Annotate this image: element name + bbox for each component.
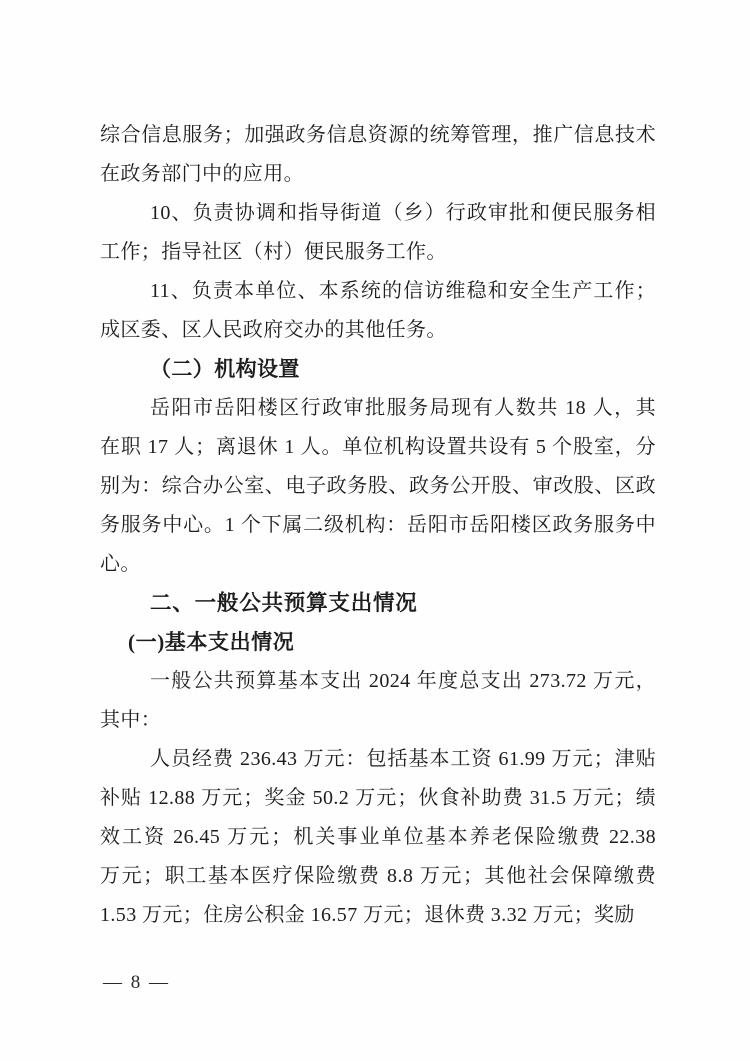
- text-line: 人员经费 236.43 万元：包括基本工资 61.99 万元；津贴: [100, 740, 656, 779]
- text-line: 岳阳市岳阳楼区行政审批服务局现有人数共 18 人，其中：: [100, 389, 656, 428]
- text-line: 其中：: [100, 701, 656, 740]
- text-line: 在政务部门中的应用。: [100, 155, 656, 194]
- text-line: 11、负责本单位、本系统的信访维稳和安全生产工作；完: [100, 272, 656, 311]
- heading-line: (一)基本支出情况: [100, 623, 656, 662]
- text-line: 1.53 万元；住房公积金 16.57 万元；退休费 3.32 万元；奖励: [100, 896, 656, 935]
- text-line: 综合信息服务；加强政务信息资源的统筹管理，推广信息技术: [100, 116, 656, 155]
- heading-line: （二）机构设置: [100, 350, 656, 389]
- text-line: 10、负责协调和指导街道（乡）行政审批和便民服务相关: [100, 194, 656, 233]
- text-line: 万元；职工基本医疗保险缴费 8.8 万元；其他社会保障缴费: [100, 857, 656, 896]
- text-line: 心。: [100, 545, 656, 584]
- text-line: 一般公共预算基本支出 2024 年度总支出 273.72 万元，: [100, 662, 656, 701]
- text-line: 工作；指导社区（村）便民服务工作。: [100, 233, 656, 272]
- text-line: 别为：综合办公室、电子政务股、政务公开股、审改股、区政: [100, 467, 656, 506]
- document-body: 综合信息服务；加强政务信息资源的统筹管理，推广信息技术在政务部门中的应用。10、…: [100, 116, 656, 935]
- page-number: — 8 —: [103, 972, 170, 994]
- document-page: 综合信息服务；加强政务信息资源的统筹管理，推广信息技术在政务部门中的应用。10、…: [0, 0, 750, 1061]
- text-line: 在职 17 人；离退休 1 人。单位机构设置共设有 5 个股室，分: [100, 428, 656, 467]
- text-line: 效工资 26.45 万元；机关事业单位基本养老保险缴费 22.38: [100, 818, 656, 857]
- heading-line: 二、一般公共预算支出情况: [100, 584, 656, 623]
- text-line: 补贴 12.88 万元；奖金 50.2 万元；伙食补助费 31.5 万元；绩: [100, 779, 656, 818]
- text-line: 成区委、区人民政府交办的其他任务。: [100, 311, 656, 350]
- text-line: 务服务中心。1 个下属二级机构：岳阳市岳阳楼区政务服务中: [100, 506, 656, 545]
